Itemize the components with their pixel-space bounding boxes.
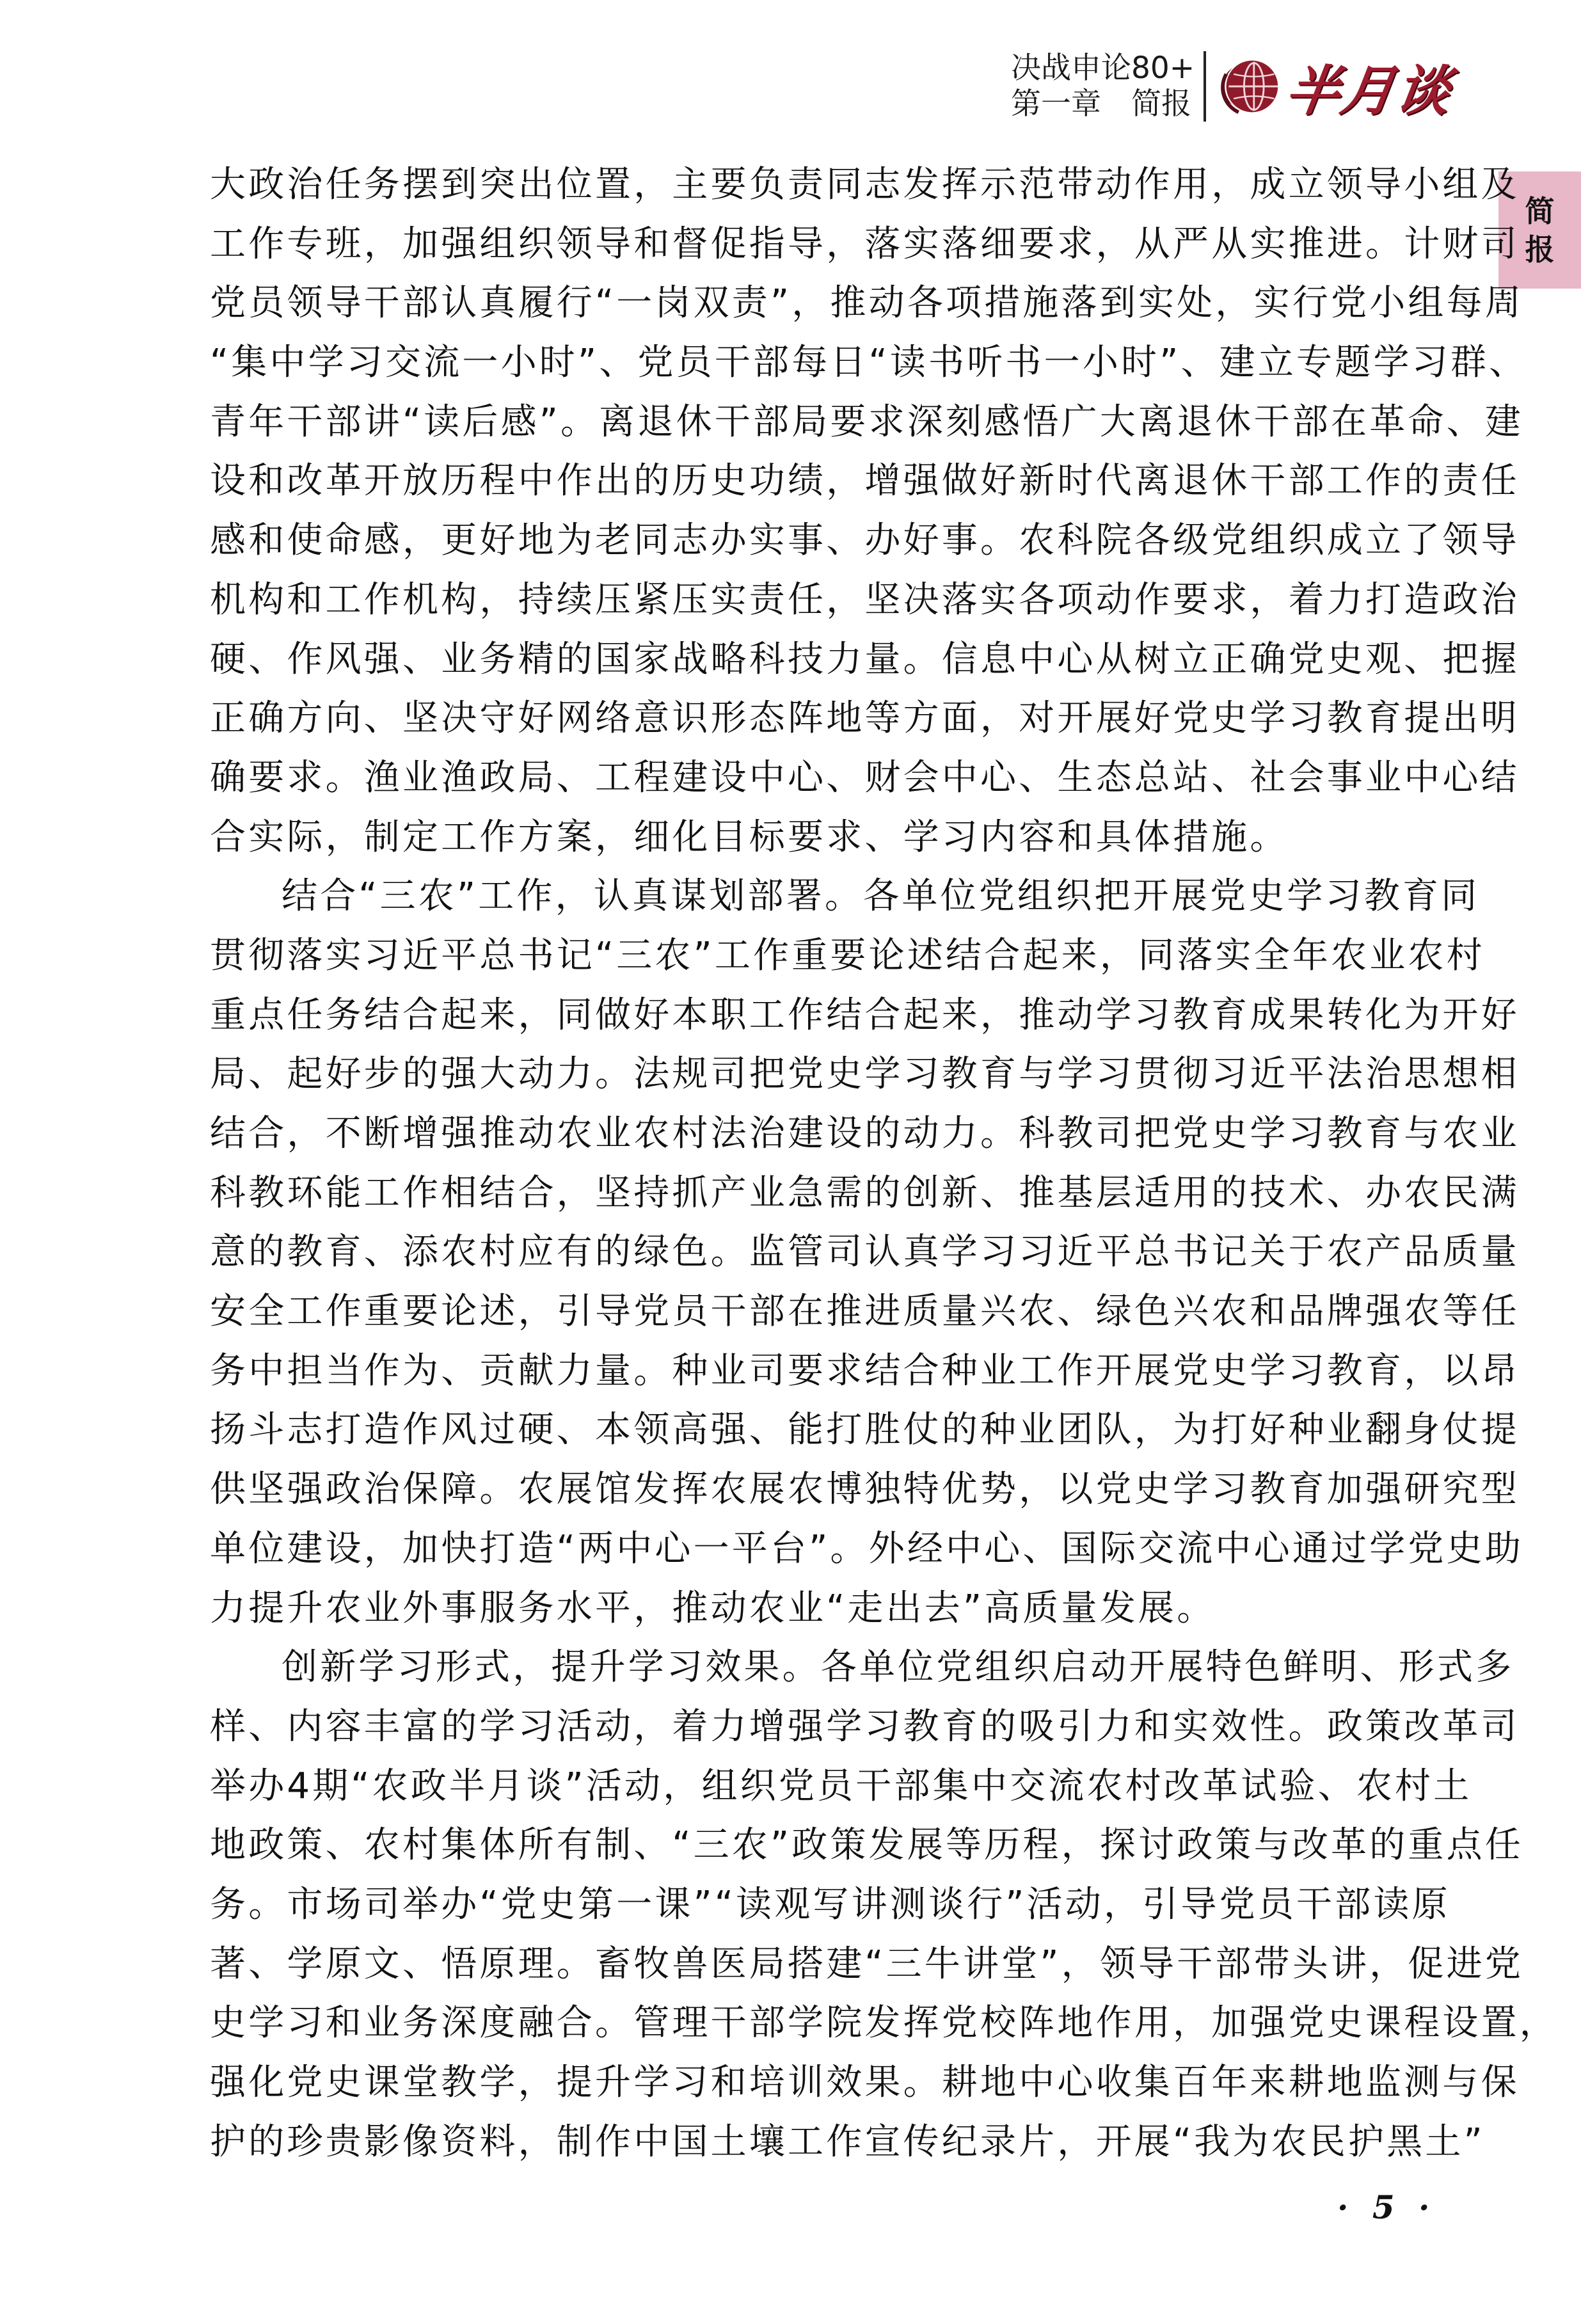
- text-line: 确要求。渔业渔政局、工程建设中心、财会中心、生态总站、社会事业中心结: [210, 749, 1378, 808]
- text-line: 单位建设，加快打造“两中心一平台”。外经中心、国际交流中心通过学党史助: [210, 1520, 1378, 1579]
- book-title: 决战申论80+: [1011, 51, 1195, 86]
- text-line: 局、起好步的强大动力。法规司把党史学习教育与学习贯彻习近平法治思想相: [210, 1045, 1378, 1104]
- chapter-title: 第一章 简报: [1011, 86, 1195, 122]
- side-tab-char-1: 简: [1525, 192, 1555, 230]
- text-line: 意的教育、添农村应有的绿色。监管司认真学习习近平总书记关于农产品质量: [210, 1223, 1378, 1282]
- text-line: 创新学习形式，提升学习效果。各单位党组织启动开展特色鲜明、形式多: [210, 1638, 1378, 1698]
- page-number: · 5 ·: [1337, 2188, 1436, 2226]
- text-line: 贯彻落实习近平总书记“三农”工作重要论述结合起来，同落实全年农业农村: [210, 927, 1378, 986]
- side-tab-char-2: 报: [1525, 230, 1555, 269]
- text-line: 设和改革开放历程中作出的历史功绩，增强做好新时代离退休干部工作的责任: [210, 452, 1378, 511]
- text-line: 护的珍贵影像资料，制作中国土壤工作宣传纪录片，开展“我为农民护黑土”: [210, 2113, 1378, 2172]
- text-line: 科教环能工作相结合，坚持抓产业急需的创新、推基层适用的技术、办农民满: [210, 1164, 1378, 1223]
- text-line: “集中学习交流一小时”、党员干部每日“读书听书一小时”、建立专题学习群、: [210, 333, 1378, 393]
- text-line: 工作专班，加强组织领导和督促指导，落实落细要求，从严从实推进。计财司: [210, 215, 1378, 275]
- text-line: 大政治任务摆到突出位置，主要负责同志发挥示范带动作用，成立领导小组及: [210, 155, 1378, 215]
- text-line: 力提升农业外事服务水平，推动农业“走出去”高质量发展。: [210, 1579, 1378, 1639]
- globe-icon: [1220, 56, 1282, 117]
- text-line: 样、内容丰富的学习活动，着力增强学习教育的吸引力和实效性。政策改革司: [210, 1698, 1378, 1757]
- text-line: 重点任务结合起来，同做好本职工作结合起来，推动学习教育成果转化为开好: [210, 986, 1378, 1046]
- text-line: 感和使命感，更好地为老同志办实事、办好事。农科院各级党组织成立了领导: [210, 511, 1378, 571]
- text-line: 结合“三农”工作，认真谋划部署。各单位党组织把开展党史学习教育同: [210, 867, 1378, 927]
- text-line: 安全工作重要论述，引导党员干部在推进质量兴农、绿色兴农和品牌强农等任: [210, 1282, 1378, 1342]
- text-line: 强化党史课堂教学，提升学习和培训效果。耕地中心收集百年来耕地监测与保: [210, 2053, 1378, 2113]
- text-line: 务中担当作为、贡献力量。种业司要求结合种业工作开展党史学习教育，以昂: [210, 1342, 1378, 1401]
- text-line: 著、学原文、悟原理。畜牧兽医局搭建“三牛讲堂”，领导干部带头讲，促进党: [210, 1935, 1378, 1994]
- logo-text: 半月谈: [1282, 48, 1458, 125]
- publisher-logo: 半月谈: [1220, 48, 1452, 125]
- body-text: 大政治任务摆到突出位置，主要负责同志发挥示范带动作用，成立领导小组及工作专班，加…: [210, 155, 1378, 2172]
- text-line: 供坚强政治保障。农展馆发挥农展农博独特优势，以党史学习教育加强研究型: [210, 1460, 1378, 1520]
- text-line: 史学习和业务深度融合。管理干部学院发挥党校阵地作用，加强党史课程设置，: [210, 1994, 1378, 2053]
- text-line: 地政策、农村集体所有制、“三农”政策发展等历程，探讨政策与改革的重点任: [210, 1816, 1378, 1875]
- header-divider: [1204, 51, 1206, 122]
- text-line: 正确方向、坚决守好网络意识形态阵地等方面，对开展好党史学习教育提出明: [210, 689, 1378, 749]
- text-line: 扬斗志打造作风过硬、本领高强、能打胜仗的种业团队，为打好种业翻身仗提: [210, 1401, 1378, 1460]
- text-line: 机构和工作机构，持续压紧压实责任，坚决落实各项动作要求，着力打造政治: [210, 571, 1378, 630]
- text-line: 举办4期“农政半月谈”活动，组织党员干部集中交流农村改革试验、农村土: [210, 1757, 1378, 1817]
- text-line: 务。市场司举办“党史第一课”“读观写讲测谈行”活动，引导党员干部读原: [210, 1875, 1378, 1935]
- text-line: 党员领导干部认真履行“一岗双责”，推动各项措施落到实处，实行党小组每周: [210, 274, 1378, 333]
- running-header: 决战申论80+ 第一章 简报 半月谈: [1011, 48, 1452, 125]
- text-line: 合实际，制定工作方案，细化目标要求、学习内容和具体措施。: [210, 808, 1378, 868]
- header-text-block: 决战申论80+ 第一章 简报: [1011, 51, 1195, 122]
- text-line: 结合，不断增强推动农业农村法治建设的动力。科教司把党史学习教育与农业: [210, 1104, 1378, 1164]
- text-line: 青年干部讲“读后感”。离退休干部局要求深刻感悟广大离退休干部在革命、建: [210, 393, 1378, 452]
- text-line: 硬、作风强、业务精的国家战略科技力量。信息中心从树立正确党史观、把握: [210, 630, 1378, 690]
